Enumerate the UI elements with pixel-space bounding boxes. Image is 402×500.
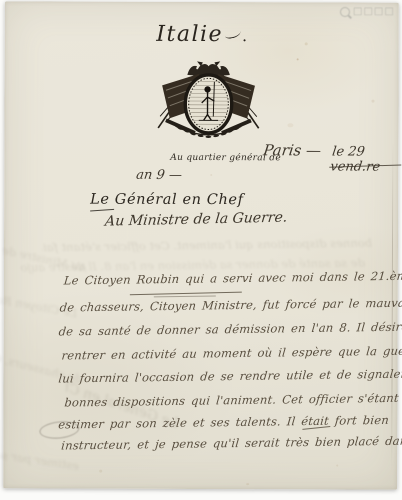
handwritten-recipient: Au Ministre de la Guerre. xyxy=(104,210,288,230)
underline-flourish-secondary xyxy=(154,296,216,298)
body-line: instructeur, et je pense qu'il serait tr… xyxy=(61,434,402,453)
letter-sheet: Italie. xyxy=(3,1,399,489)
handwritten-year: an 9 — xyxy=(135,168,183,183)
foxing-spot xyxy=(246,483,249,485)
pencil-annotation-ellipse xyxy=(39,420,81,441)
title-flourish xyxy=(224,28,241,40)
body-line: de sa santé de donner sa démission en l'… xyxy=(58,319,402,339)
magnifier-icon xyxy=(340,7,350,17)
body-line: Le Citoyen Roubin qui a servi avec moi d… xyxy=(63,268,402,288)
foxing-spot xyxy=(297,58,299,60)
foxing-spot xyxy=(336,464,338,466)
printed-sender-line: Le Général en Chef xyxy=(90,192,243,209)
underline-servi-avec-moi xyxy=(130,292,242,296)
body-line: lui fournira l'occasion de se rendre uti… xyxy=(58,366,402,385)
watermark-label: □□□□ xyxy=(353,6,395,17)
letter-photograph: Italie. xyxy=(0,0,402,500)
foxing-spot xyxy=(287,123,293,127)
handwritten-place: Paris — xyxy=(262,141,322,159)
trophy-engraving-icon xyxy=(150,60,266,142)
body-line: estimer par son zèle et ses talents. Il … xyxy=(58,413,390,432)
military-trophy-vignette xyxy=(150,60,266,142)
showthrough-line: bonnes dispositions qui l'animent. Cet o… xyxy=(42,236,372,255)
photo-watermark: □□□□ xyxy=(340,6,395,17)
handwritten-date: le 29 vend.re xyxy=(329,144,400,174)
body-line: rentrer en activité au moment où il espè… xyxy=(61,343,402,362)
title-period: . xyxy=(242,26,247,45)
letterhead-title: Italie xyxy=(156,22,223,47)
showthrough-margin-mark: Au Ministre de la Guerre. xyxy=(0,242,88,275)
letterhead-title-row: Italie. xyxy=(5,21,399,47)
foxing-spot xyxy=(305,42,308,45)
foxing-spot xyxy=(371,100,374,103)
foxing-spot xyxy=(99,470,102,473)
foxing-spot xyxy=(210,174,212,176)
sender-underline-flourish xyxy=(90,209,114,212)
body-line: bonnes dispositions qui l'animent. Cet o… xyxy=(64,391,402,410)
body-line: de chasseurs, Citoyen Ministre, fut forc… xyxy=(59,295,402,314)
